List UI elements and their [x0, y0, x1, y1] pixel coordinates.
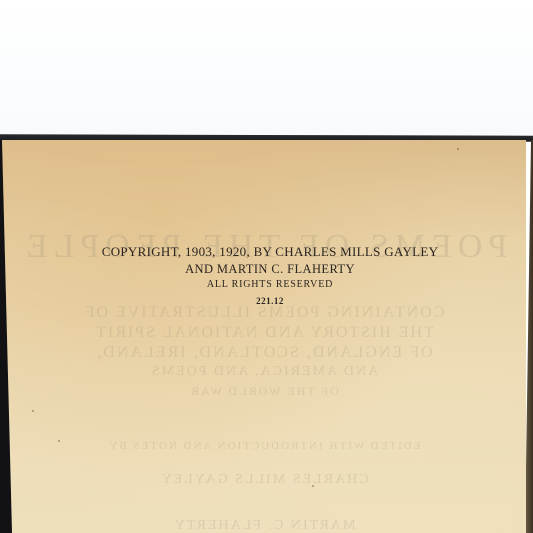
paper-speck — [457, 148, 459, 150]
show-through-line: OF THE WORLD WAR — [2, 384, 526, 399]
show-through-line: OF ENGLAND, SCOTLAND, IRELAND, — [2, 344, 526, 362]
book-page: POEMS OF THE PEOPLE CONTAINING POEMS ILL… — [2, 140, 526, 533]
rights-reserved: ALL RIGHTS RESERVED — [8, 279, 532, 290]
photo-background — [0, 0, 533, 137]
copyright-authors: AND MARTIN C. FLAHERTY — [8, 262, 532, 277]
copyright-notice: COPYRIGHT, 1903, 1920, BY CHARLES MILLS … — [8, 244, 532, 260]
print-code: 221.12 — [8, 296, 532, 306]
show-through-line: CONTAINING POEMS ILLUSTRATIVE OF — [2, 304, 526, 322]
paper-speck — [312, 485, 314, 487]
paper-speck — [58, 440, 60, 442]
show-through-line: CHARLES MILLS GAYLEY — [2, 472, 526, 488]
show-through-line: MARTIN C. FLAHERTY — [2, 518, 526, 533]
paper-speck — [32, 410, 34, 412]
show-through-line: THE HISTORY AND NATIONAL SPIRIT — [2, 324, 526, 342]
show-through-line: AND AMERICA, AND POEMS — [2, 364, 526, 380]
show-through-line: EDITED WITH INTRODUCTION AND NOTES BY — [2, 440, 526, 452]
